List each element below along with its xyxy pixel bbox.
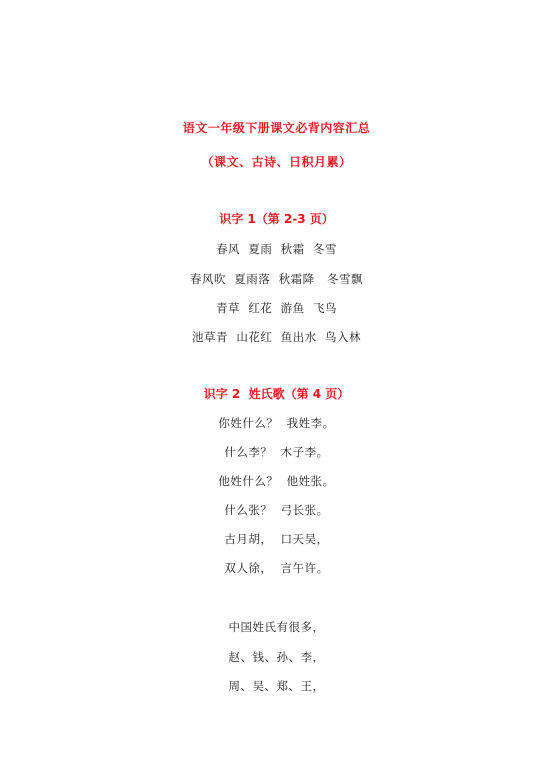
text-line: 古月胡， 口天吴，: [0, 530, 553, 548]
text-line: 春风 夏雨 秋霜 冬雪: [0, 240, 553, 258]
section-heading-shizi-1: 识字 1（第 2-3 页）: [0, 210, 553, 228]
text-line: 中国姓氏有很多，: [0, 618, 553, 636]
text-line: 他姓什么？ 他姓张。: [0, 472, 553, 490]
document-title: 语文一年级下册课文必背内容汇总: [0, 119, 553, 137]
text-line: 池草青 山花红 鱼出水 鸟入林: [0, 328, 553, 346]
section-heading-shizi-2: 识字 2 姓氏歌（第 4 页）: [0, 385, 553, 403]
text-line: 什么张？ 弓长张。: [0, 501, 553, 519]
text-line: 什么李？ 木子李。: [0, 443, 553, 461]
text-line: 周、吴、郑、王，: [0, 677, 553, 695]
text-line: 青草 红花 游鱼 飞鸟: [0, 299, 553, 317]
text-line: 春风吹 夏雨落 秋霜降 冬雪飘: [0, 270, 553, 288]
text-line: 双人徐， 言午许。: [0, 559, 553, 577]
document-subtitle: （课文、古诗、日积月累）: [0, 153, 553, 171]
text-line: 你姓什么？ 我姓李。: [0, 414, 553, 432]
text-line: 赵、钱、孙、李，: [0, 648, 553, 666]
